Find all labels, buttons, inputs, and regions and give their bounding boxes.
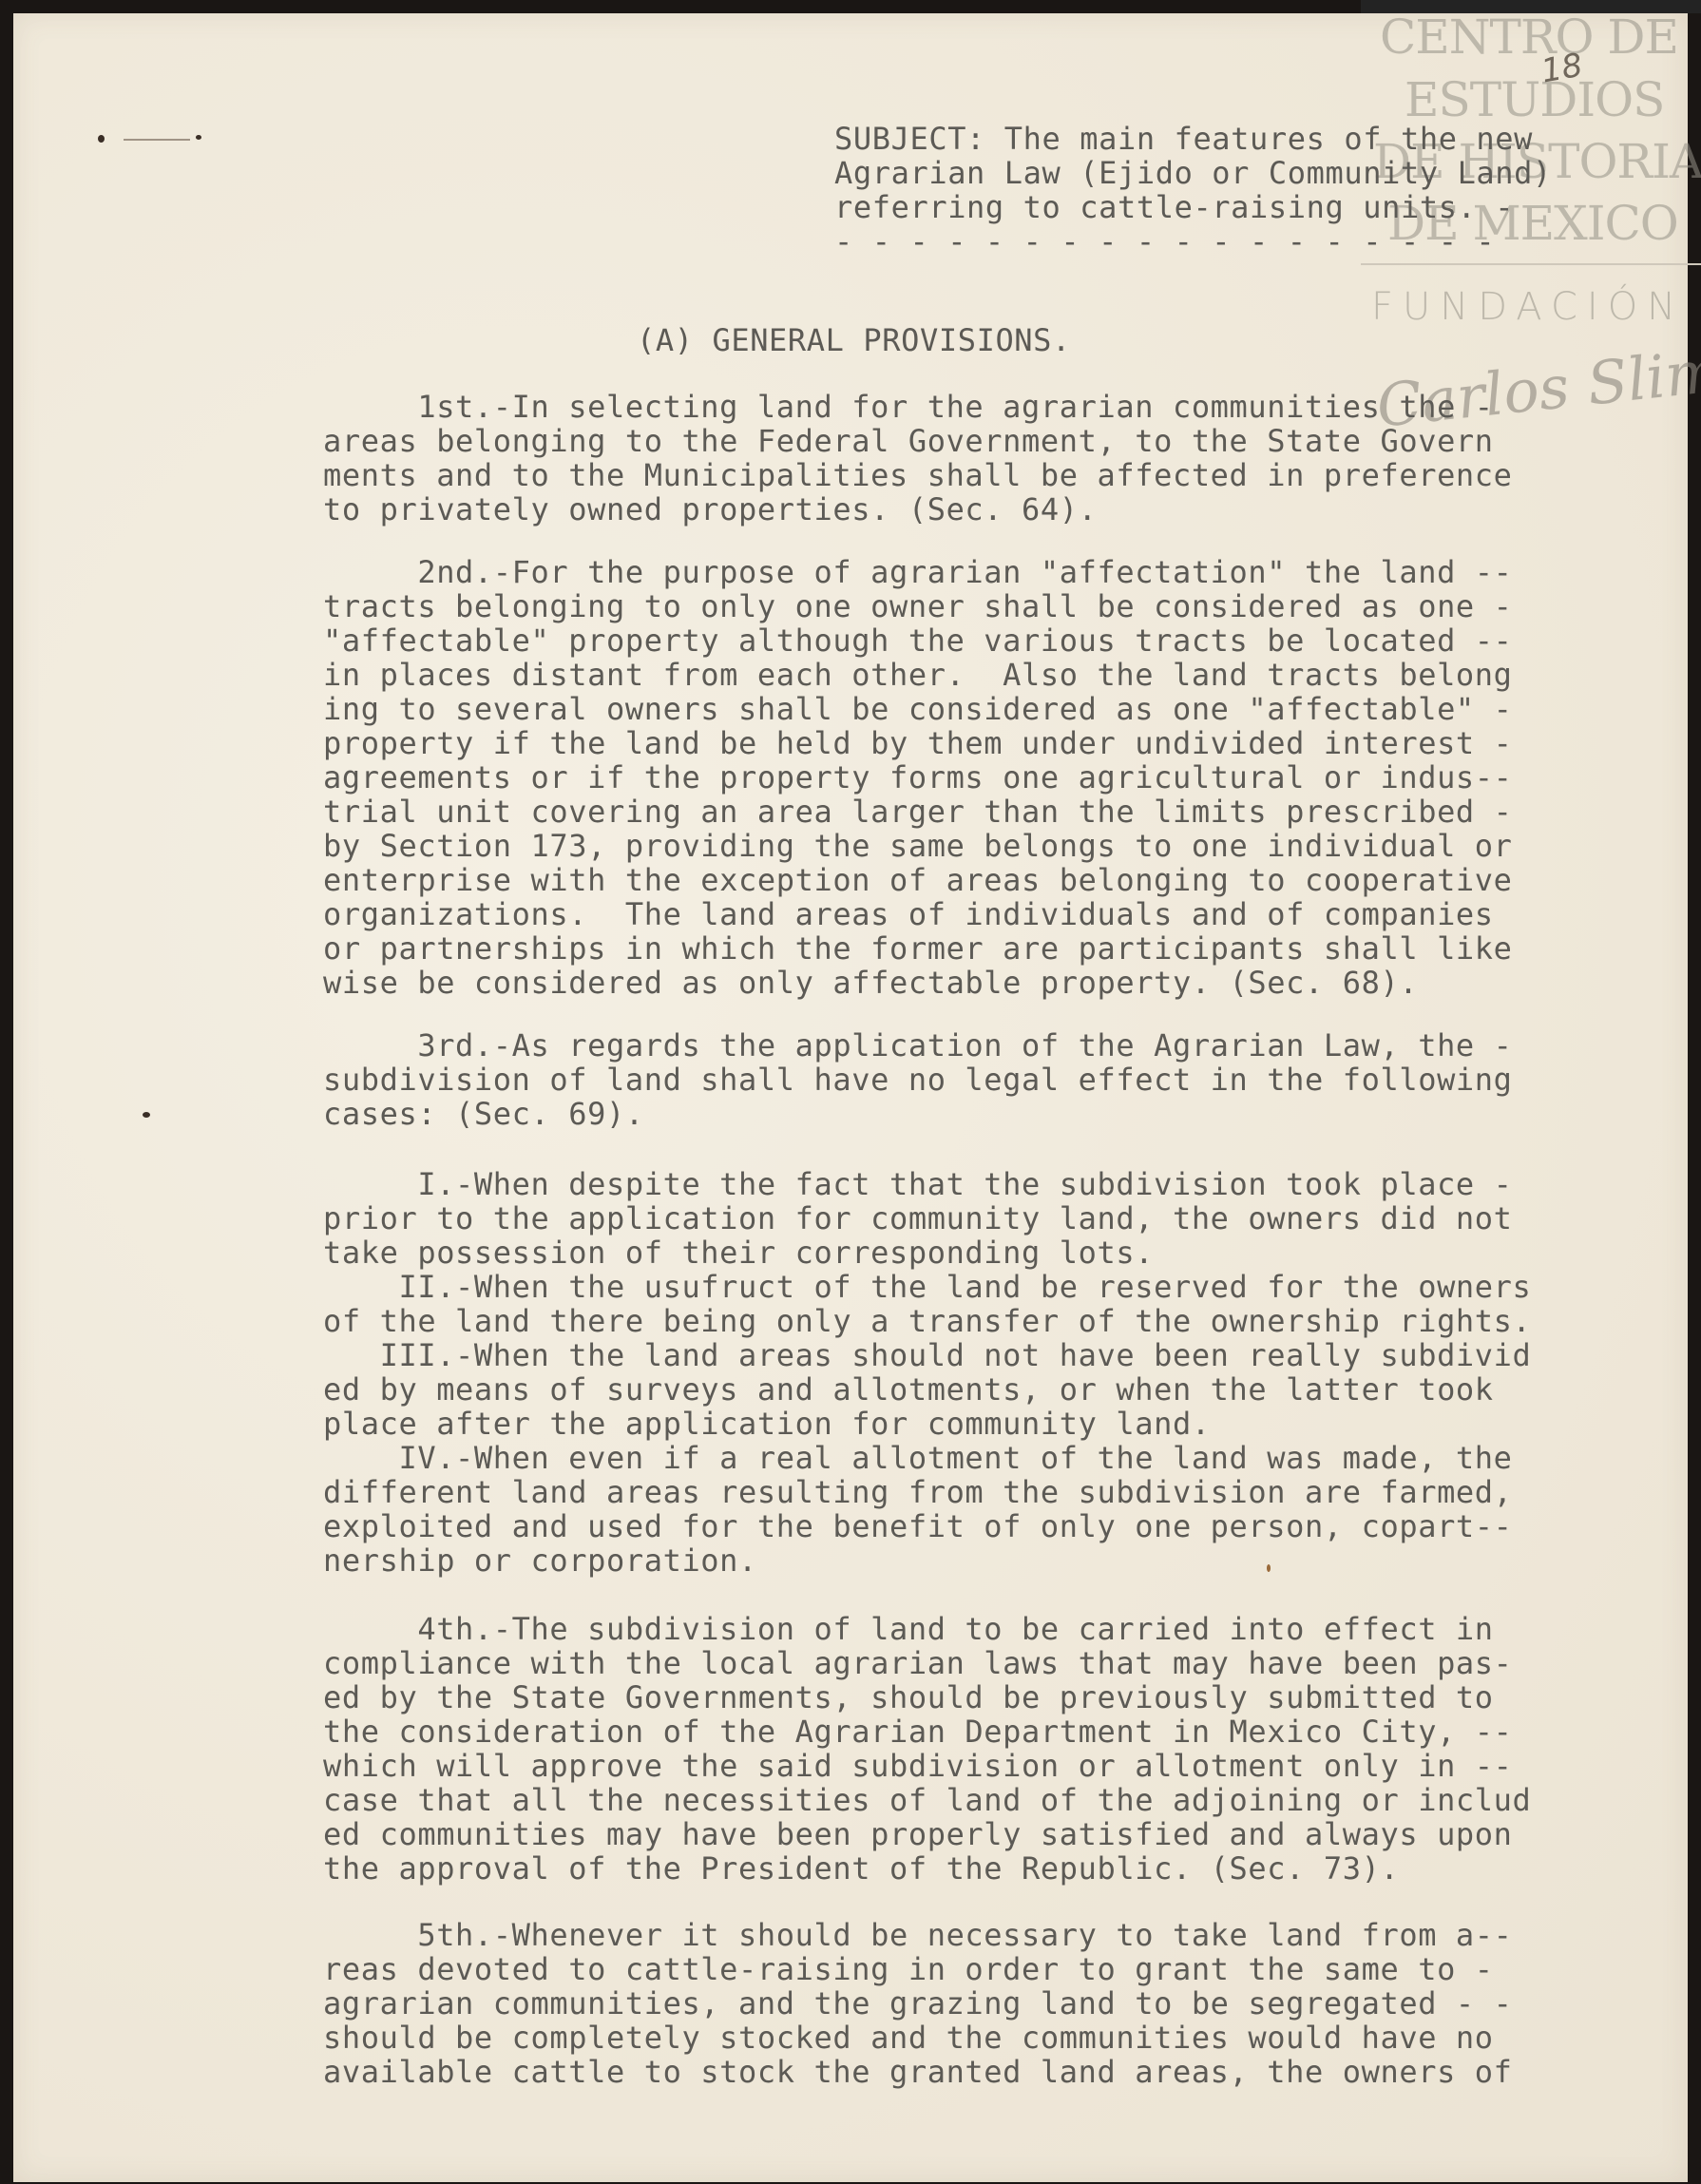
section-heading: (A) GENERAL PROVISIONS.	[637, 323, 1071, 357]
p2-line: trial unit covering an area larger than …	[323, 795, 1513, 829]
p2-line: 2nd.-For the purpose of agrarian "affect…	[323, 555, 1513, 589]
subject-line-3: referring to cattle-raising units. -	[834, 190, 1514, 224]
p2-line: organizations. The land areas of individ…	[323, 897, 1494, 931]
p1-line: to privately owned properties. (Sec. 64)…	[323, 492, 1098, 527]
p2-line: tracts belonging to only one owner shall…	[323, 589, 1513, 623]
p5-line: available cattle to stock the granted la…	[323, 2055, 1513, 2089]
case-line: take possession of their corresponding l…	[323, 1236, 1154, 1270]
p3-line: subdivision of land shall have no legal …	[323, 1063, 1513, 1097]
p5-line: agrarian communities, and the grazing la…	[323, 1986, 1513, 2021]
case-line: exploited and used for the benefit of on…	[323, 1509, 1513, 1543]
case-line: II.-When the usufruct of the land be res…	[323, 1270, 1531, 1304]
subject-line-1: SUBJECT: The main features of the new	[834, 122, 1533, 156]
p2-line: in places distant from each other. Also …	[323, 658, 1513, 692]
p4-line: the consideration of the Agrarian Depart…	[323, 1715, 1513, 1749]
p4-line: ed communities may have been properly sa…	[323, 1817, 1513, 1851]
p5-line: reas devoted to cattle-raising in order …	[323, 1952, 1494, 1986]
ink-speck	[124, 139, 190, 141]
p4-line: the approval of the President of the Rep…	[323, 1851, 1399, 1886]
case-line: I.-When despite the fact that the subdiv…	[323, 1167, 1513, 1201]
p5-line: should be completely stocked and the com…	[323, 2021, 1494, 2055]
case-line: III.-When the land areas should not have…	[323, 1338, 1531, 1372]
p4-line: 4th.-The subdivision of land to be carri…	[323, 1612, 1494, 1646]
watermark-line2: ESTUDIOS	[1405, 76, 1664, 124]
case-line: place after the application for communit…	[323, 1407, 1211, 1441]
case-line: nership or corporation.	[323, 1543, 757, 1578]
case-line: IV.-When even if a real allotment of the…	[323, 1441, 1513, 1475]
p1-line: ments and to the Municipalities shall be…	[323, 458, 1513, 492]
watermark-line1: CENTRO DE	[1380, 13, 1678, 61]
p2-line: "affectable" property although the vario…	[323, 623, 1513, 658]
p5-line: 5th.-Whenever it should be necessary to …	[323, 1918, 1513, 1952]
subject-underline: - - - - - - - - - - - - - - - - - -	[834, 224, 1495, 259]
p2-line: agreements or if the property forms one …	[323, 760, 1513, 795]
p2-line: by Section 173, providing the same belon…	[323, 829, 1513, 863]
handwritten-page-number: 18	[1539, 47, 1586, 91]
case-line: different land areas resulting from the …	[323, 1475, 1513, 1509]
punch-mark	[98, 135, 105, 143]
p1-line: areas belonging to the Federal Governmen…	[323, 424, 1494, 458]
p4-line: ed by the State Governments, should be p…	[323, 1680, 1494, 1715]
p4-line: which will approve the said subdivision …	[323, 1749, 1513, 1783]
p4-line: compliance with the local agrarian laws …	[323, 1646, 1513, 1680]
case-line: ed by means of surveys and allotments, o…	[323, 1372, 1494, 1407]
p3-line: 3rd.-As regards the application of the A…	[323, 1028, 1513, 1063]
watermark-divider	[1361, 263, 1701, 265]
p3-line: cases: (Sec. 69).	[323, 1097, 644, 1131]
punch-mark	[196, 135, 201, 140]
p2-line: property if the land be held by them und…	[323, 726, 1513, 760]
case-line: of the land there being only a transfer …	[323, 1304, 1531, 1338]
p1-line: 1st.-In selecting land for the agrarian …	[323, 390, 1494, 424]
ink-speck	[1267, 1564, 1271, 1572]
subject-line-2: Agrarian Law (Ejido or Community Land)	[834, 156, 1552, 190]
p2-line: ing to several owners shall be considere…	[323, 692, 1513, 726]
punch-mark	[143, 1112, 150, 1118]
case-line: prior to the application for community l…	[323, 1201, 1513, 1236]
p2-line: enterprise with the exception of areas b…	[323, 863, 1513, 897]
p4-line: case that all the necessities of land of…	[323, 1783, 1531, 1817]
watermark-line5: FUNDACIÓN	[1371, 288, 1685, 326]
p2-line: or partnerships in which the former are …	[323, 931, 1513, 966]
p2-line: wise be considered as only affectable pr…	[323, 966, 1418, 1000]
